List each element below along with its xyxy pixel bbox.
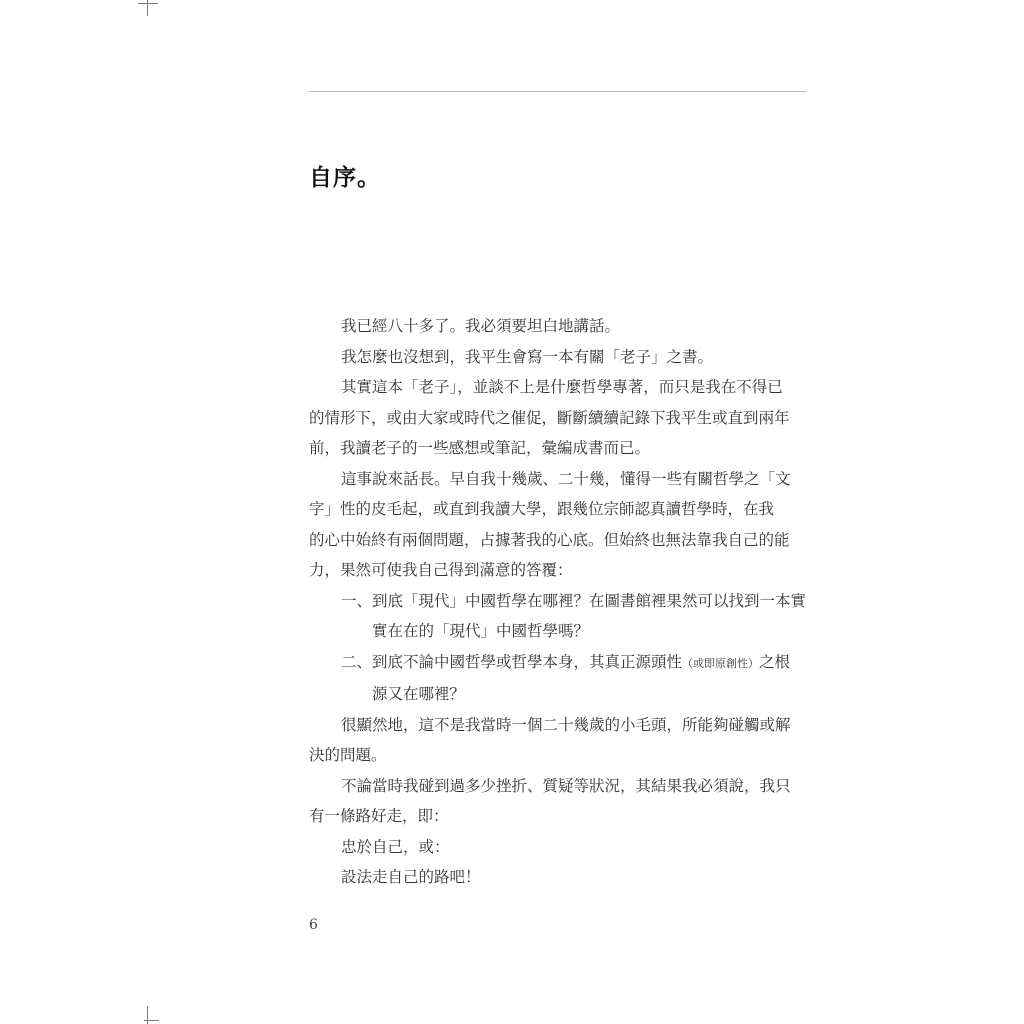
paragraph-line: 的情形下，或由大家或時代之催促，斷斷續續記錄下我平生或直到兩年	[309, 403, 806, 434]
list-item-two: 二、到底不論中國哲學或哲學本身，其真正源頭性（或即原創性）之根	[309, 647, 806, 680]
chapter-title: 自序。	[309, 162, 381, 194]
list-item-one: 一、到底「現代」中國哲學在哪裡？在圖書館裡果然可以找到一本實	[309, 586, 806, 617]
paragraph-line: 設法走自己的路吧！	[309, 862, 806, 893]
crop-mark-bottom-vertical	[147, 1006, 148, 1024]
paragraph-line: 的心中始終有兩個問題，占據著我的心底。但始終也無法靠我自己的能	[309, 525, 806, 556]
body-text: 我已經八十多了。我必須要坦白地講話。 我怎麼也沒想到，我平生會寫一本有關「老子」…	[309, 311, 806, 893]
paragraph-line: 這事說來話長。早自我十幾歲、二十幾，懂得一些有關哲學之「文	[309, 464, 806, 495]
page-number: 6	[309, 917, 318, 933]
paragraph-line: 決的問題。	[309, 740, 806, 771]
crop-mark-top-horizontal	[138, 3, 158, 4]
paragraph-line: 力，果然可使我自己得到滿意的答覆：	[309, 555, 806, 586]
paragraph-line: 前，我讀老子的一些感想或筆記，彙編成書而已。	[309, 433, 806, 464]
paragraph-line: 其實這本「老子」，並談不上是什麼哲學專著，而只是我在不得已	[309, 372, 806, 403]
paragraph-line: 有一條路好走，即：	[309, 801, 806, 832]
list-item-two-text: 二、到底不論中國哲學或哲學本身，其真正源頭性	[341, 653, 682, 671]
paragraph-line: 我怎麼也沒想到，我平生會寫一本有關「老子」之書。	[309, 342, 806, 373]
parenthetical-note: （或即原創性）	[682, 657, 759, 670]
paragraph-line: 字」性的皮毛起，或直到我讀大學，跟幾位宗師認真讀哲學時，在我	[309, 494, 806, 525]
paragraph-line: 我已經八十多了。我必須要坦白地講話。	[309, 311, 806, 342]
list-item-two-continuation: 源又在哪裡？	[309, 679, 806, 710]
list-item-two-text-end: 之根	[759, 653, 790, 671]
list-item-one-continuation: 實在在的「現代」中國哲學嗎？	[309, 616, 806, 647]
crop-mark-bottom-horizontal	[144, 1020, 159, 1021]
paragraph-line: 不論當時我碰到過多少挫折、質疑等狀況，其結果我必須說，我只	[309, 771, 806, 802]
paragraph-line: 很顯然地，這不是我當時一個二十幾歲的小毛頭，所能夠碰觸或解	[309, 710, 806, 741]
header-rule	[309, 91, 806, 92]
paragraph-line: 忠於自己，或：	[309, 832, 806, 863]
